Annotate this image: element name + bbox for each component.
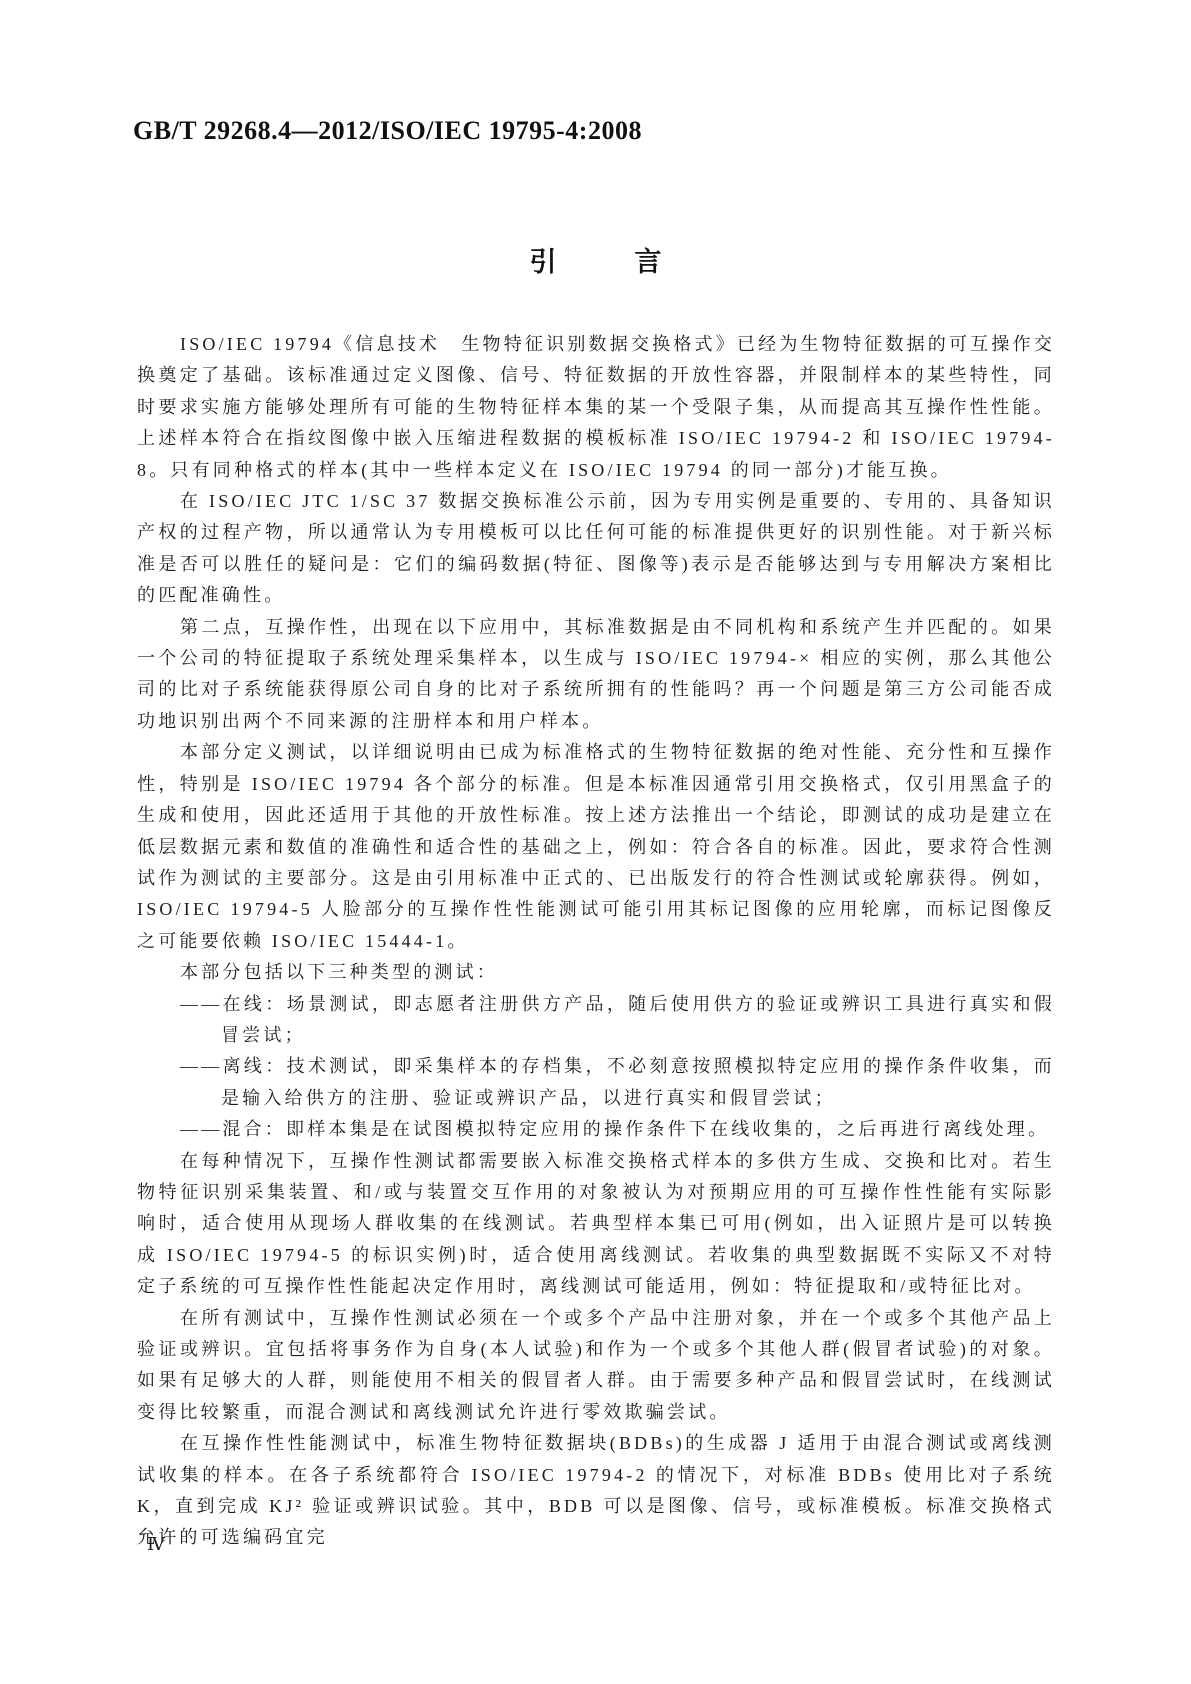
paragraph: 在所有测试中，互操作性测试必须在一个或多个产品中注册对象，并在一个或多个其他产品… bbox=[137, 1303, 1055, 1429]
list-item: ——离线：技术测试，即采集样本的存档集，不必刻意按照模拟特定应用的操作条件收集，… bbox=[137, 1051, 1055, 1114]
document-code-header: GB/T 29268.4—2012/ISO/IEC 19795-4:2008 bbox=[133, 116, 642, 146]
paragraph: 在 ISO/IEC JTC 1/SC 37 数据交换标准公示前，因为专用实例是重… bbox=[137, 486, 1055, 612]
paragraph: 在每种情况下，互操作性测试都需要嵌入标准交换格式样本的多供方生成、交换和比对。若… bbox=[137, 1146, 1055, 1303]
list-item: ——在线：场景测试，即志愿者注册供方产品，随后使用供方的验证或辨识工具进行真实和… bbox=[137, 989, 1055, 1052]
document-body: ISO/IEC 19794《信息技术 生物特征识别数据交换格式》已经为生物特征数… bbox=[137, 329, 1055, 1554]
paragraph: 本部分定义测试，以详细说明由已成为标准格式的生物特征数据的绝对性能、充分性和互操… bbox=[137, 737, 1055, 957]
paragraph: 在互操作性性能测试中，标准生物特征数据块(BDBs)的生成器 J 适用于由混合测… bbox=[137, 1428, 1055, 1554]
document-page: GB/T 29268.4—2012/ISO/IEC 19795-4:2008 引… bbox=[0, 0, 1191, 1684]
page-number: Ⅳ bbox=[147, 1534, 165, 1555]
paragraph: ISO/IEC 19794《信息技术 生物特征识别数据交换格式》已经为生物特征数… bbox=[137, 329, 1055, 486]
list-item: ——混合：即样本集是在试图模拟特定应用的操作条件下在线收集的，之后再进行离线处理… bbox=[137, 1114, 1055, 1145]
page-title: 引 言 bbox=[530, 240, 670, 279]
title-row: 引 言 bbox=[0, 222, 1191, 297]
paragraph: 第二点，互操作性，出现在以下应用中，其标准数据是由不同机构和系统产生并匹配的。如… bbox=[137, 612, 1055, 738]
list-intro-paragraph: 本部分包括以下三种类型的测试： bbox=[137, 957, 1055, 988]
